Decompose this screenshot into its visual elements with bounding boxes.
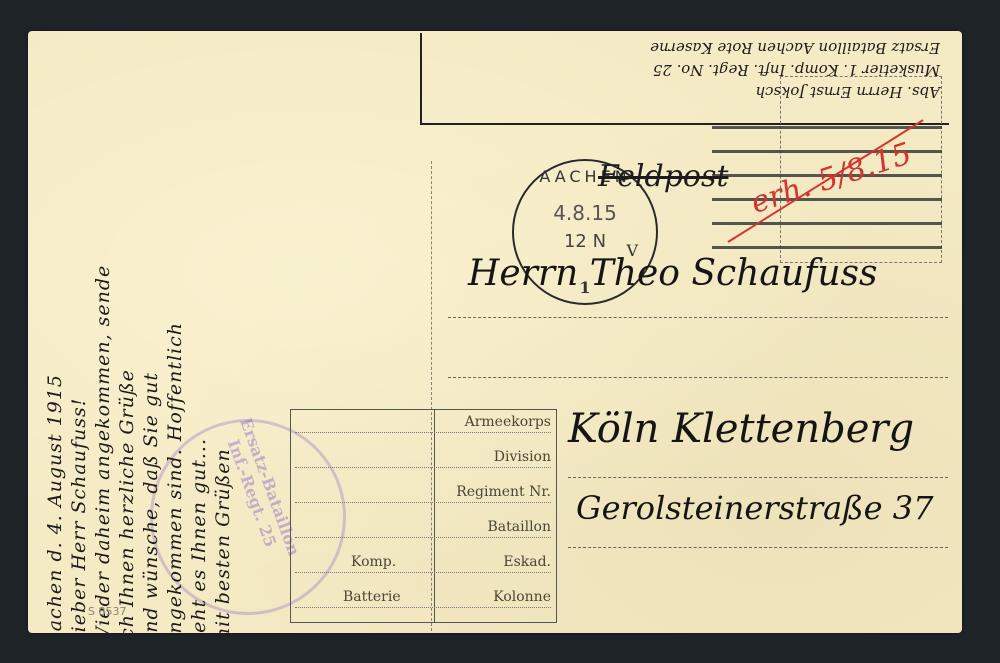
address-line [448,317,948,318]
form-field: Eskad. [295,552,551,573]
form-field: Kolonne [295,587,551,608]
form-field-left: Batterie [343,587,401,607]
military-form: Armeekorps Division Regiment Nr. Bataill… [290,409,557,623]
address-street: Gerolsteinerstraße 37 [576,489,933,527]
address-line [568,547,948,548]
address-city: Köln Klettenberg [568,406,914,452]
message-line: Aachen d. 4. August 1915 [43,86,67,633]
postcard: Ersatz-Bataillon Inf.-Regt. 25 Aachen d.… [28,31,962,633]
form-field: Division [295,447,551,468]
message-line: Wieder daheim angekommen, sende [91,86,115,633]
form-field: Bataillon [295,517,551,538]
message-line: geht es Ihnen gut... [187,86,211,633]
address-line [568,477,948,478]
message-line: Lieber Herr Schaufuss! [67,86,91,633]
form-field-left: Komp. [351,552,396,572]
form-field: Regiment Nr. [295,482,551,503]
message-line: ich Ihnen herzliche Grüße [115,86,139,633]
message-line: angekommen sind. Hoffentlich [163,86,187,633]
print-code: S 8537 [88,605,126,618]
message-line: mit besten Grüßen [211,86,235,633]
feldpost-header: Feldpost [598,159,728,194]
sender-line: Ersatz Bataillon Aachen Rote Kaserne [430,37,940,59]
message-line: und wünsche, daß Sie gut [139,86,163,633]
address-line [448,377,948,378]
postmark-date: 4.8.15 [514,201,656,225]
address-name: Herrn Theo Schaufuss [468,253,877,294]
handwritten-message: Aachen d. 4. August 1915 Lieber Herr Sch… [43,86,273,633]
form-field: Armeekorps [295,412,551,433]
